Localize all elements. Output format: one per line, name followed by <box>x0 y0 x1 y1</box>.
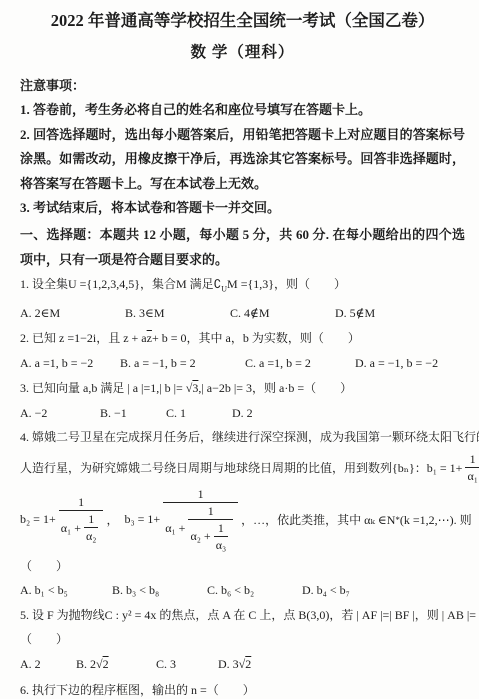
question-5-options: A. 2B. 2√2C. 3D. 3√2 <box>20 651 465 678</box>
question-2-stem: 2. 已知 z =1−2i，且 z + az+ b = 0，其中 a，b 为实数… <box>20 326 465 351</box>
notice-item-1: 1. 答卷前，考生务必将自己的姓名和座位号填写在答题卡上。 <box>20 98 465 123</box>
b2-inner-fraction: 1α₂ <box>84 512 98 544</box>
b3-fraction: 1α₁ +1α₂ +1α₃ <box>163 487 238 553</box>
b3-den-alpha1: α₁ + <box>165 521 185 536</box>
notice-item-3: 3. 考试结束后，将本试卷和答题卡一并交回。 <box>20 196 465 221</box>
question-6-stem: 6. 执行下边的程序框图，输出的 n =（ ） <box>20 678 465 699</box>
q4-option-b: B. b₃ < b₈ <box>112 578 207 603</box>
q2-option-d: D. a = −1, b = −2 <box>355 351 438 376</box>
q2-stem-text-a: 2. 已知 z =1−2i，且 z + a <box>20 331 147 345</box>
q3-option-c: C. 1 <box>166 401 232 426</box>
b3-innermost-numerator: 1 <box>214 521 228 537</box>
q5-option-d: D. 3√2 <box>218 651 251 678</box>
q1-option-d: D. 5∉M <box>335 301 375 326</box>
question-1-stem: 1. 设全集U ={1,2,3,4,5}，集合M 满足∁UM ={1,3}，则（… <box>20 272 465 301</box>
q4-option-d: D. b₄ < b₇ <box>302 578 350 603</box>
q2-option-a: A. a =1, b = −2 <box>20 351 120 376</box>
b3-innermost-fraction: 1α₃ <box>214 521 228 553</box>
q4-option-c: C. b₆ < b₂ <box>207 578 302 603</box>
q1-stem-text-a: 1. 设全集U ={1,2,3,4,5}，集合M 满足 <box>20 277 214 291</box>
b1-frac-denominator: α₁ <box>467 469 477 484</box>
b3-formula: b₃ = 1+ <box>124 512 160 527</box>
q3-stem-text-b: ,| a−2b |= 3，则 a·b =（ ） <box>198 381 352 395</box>
q3-option-d: D. 2 <box>232 401 253 426</box>
comma: ， <box>106 511 118 528</box>
question-4-answer-paren: （ ） <box>20 555 465 578</box>
b1-formula: b₁ = 1+ <box>427 458 463 478</box>
q5-option-d-text: D. 3√ <box>218 651 245 678</box>
q3-option-a: A. −2 <box>20 401 100 426</box>
q1-option-a: A. 2∈M <box>20 301 125 326</box>
q2-option-c: C. a =1, b = 2 <box>245 351 355 376</box>
question-3-stem: 3. 已知向量 a,b 满足 | a |=1,| b |= √3,| a−2b … <box>20 376 465 401</box>
b3-innermost-denominator: α₃ <box>216 538 226 553</box>
q5-option-c: C. 3 <box>156 651 218 678</box>
complement-symbol: ∁U <box>214 277 227 291</box>
b3-inner-numerator: 1 <box>188 504 233 520</box>
q3-stem-text-a: 3. 已知向量 a,b 满足 | a |=1,| b |= √ <box>20 381 192 395</box>
question-1-options: A. 2∈MB. 3∈MC. 4∉MD. 5∉M <box>20 301 465 326</box>
q4-stem-text: 人造行星，为研究嫦娥二号绕日周期与地球绕日周期的比值，用到数列{bₙ}： <box>20 458 427 478</box>
b2-frac-numerator: 1 <box>59 495 104 511</box>
question-2-options: A. a =1, b = −2B. a = −1, b = 2C. a =1, … <box>20 351 465 376</box>
question-4-stem-line1: 4. 嫦娥二号卫星在完成探月任务后，继续进行深空探测，成为我国第一颗环绕太阳飞行… <box>20 426 465 449</box>
question-3-options: A. −2B. −1C. 1D. 2 <box>20 401 465 426</box>
q4-tail-b: (k =1,2,⋯). 则 <box>400 511 472 528</box>
b2-den-alpha1: α₁ + <box>61 521 81 536</box>
b2-inner-denominator: α₂ <box>86 529 96 544</box>
q2-option-b: B. a = −1, b = 2 <box>120 351 245 376</box>
notice-heading: 注意事项： <box>20 74 465 98</box>
q1-option-b: B. 3∈M <box>125 301 230 326</box>
question-4-stem-line2: 人造行星，为研究嫦娥二号绕日周期与地球绕日周期的比值，用到数列{bₙ}：b₁ =… <box>20 452 465 484</box>
q5-option-a: A. 2 <box>20 651 76 678</box>
q4-tail-a: ，…，依此类推，其中 αₖ ∈N <box>241 511 395 528</box>
question-4-continued-fractions: b₂ = 1+1α₁ +1α₂， b₃ = 1+1α₁ +1α₂ +1α₃，…，… <box>20 487 465 553</box>
exam-title: 2022 年普通高等学校招生全国统一考试（全国乙卷） <box>20 10 465 32</box>
q1-option-c: C. 4∉M <box>230 301 335 326</box>
b3-inner-fraction: 1α₂ +1α₃ <box>188 504 233 553</box>
q3-option-b: B. −1 <box>100 401 166 426</box>
q5-option-b-text: B. 2√ <box>76 651 103 678</box>
b1-frac-numerator: 1 <box>465 452 479 468</box>
question-5-stem: 5. 设 F 为抛物线C : y² = 4x 的焦点，点 A 在 C 上，点 B… <box>20 603 465 628</box>
section-one-heading: 一、选择题：本题共 12 小题，每小题 5 分，共 60 分. 在每小题给出的四… <box>20 222 465 272</box>
b3-den-alpha2: α₂ + <box>190 529 210 544</box>
exam-paper-page: 2022 年普通高等学校招生全国统一考试（全国乙卷） 数 学（理科） 注意事项：… <box>0 0 479 699</box>
notice-item-2: 2. 回答选择题时，选出每小题答案后，用铅笔把答题卡上对应题目的答案标号涂黑。如… <box>20 123 465 197</box>
b1-fraction: 1α₁ <box>465 452 479 484</box>
b2-inner-numerator: 1 <box>84 512 98 528</box>
q4-option-a: A. b₁ < b₅ <box>20 578 112 603</box>
b3-frac-numerator: 1 <box>163 487 238 503</box>
b2-formula: b₂ = 1+ <box>20 512 56 527</box>
q2-stem-text-b: + b = 0，其中 a，b 为实数，则（ ） <box>152 331 360 345</box>
q5-option-b: B. 2√2 <box>76 651 156 678</box>
exam-subtitle: 数 学（理科） <box>20 43 465 63</box>
b2-fraction: 1α₁ +1α₂ <box>59 495 104 544</box>
question-5-answer-paren: （ ） <box>20 628 465 651</box>
sqrt-radicand: 2 <box>245 651 251 678</box>
q1-stem-text-b: M ={1,3}，则（ ） <box>227 277 346 291</box>
question-4-options: A. b₁ < b₅B. b₃ < b₈C. b₆ < b₂D. b₄ < b₇ <box>20 578 465 603</box>
sqrt-radicand: 2 <box>103 651 109 678</box>
